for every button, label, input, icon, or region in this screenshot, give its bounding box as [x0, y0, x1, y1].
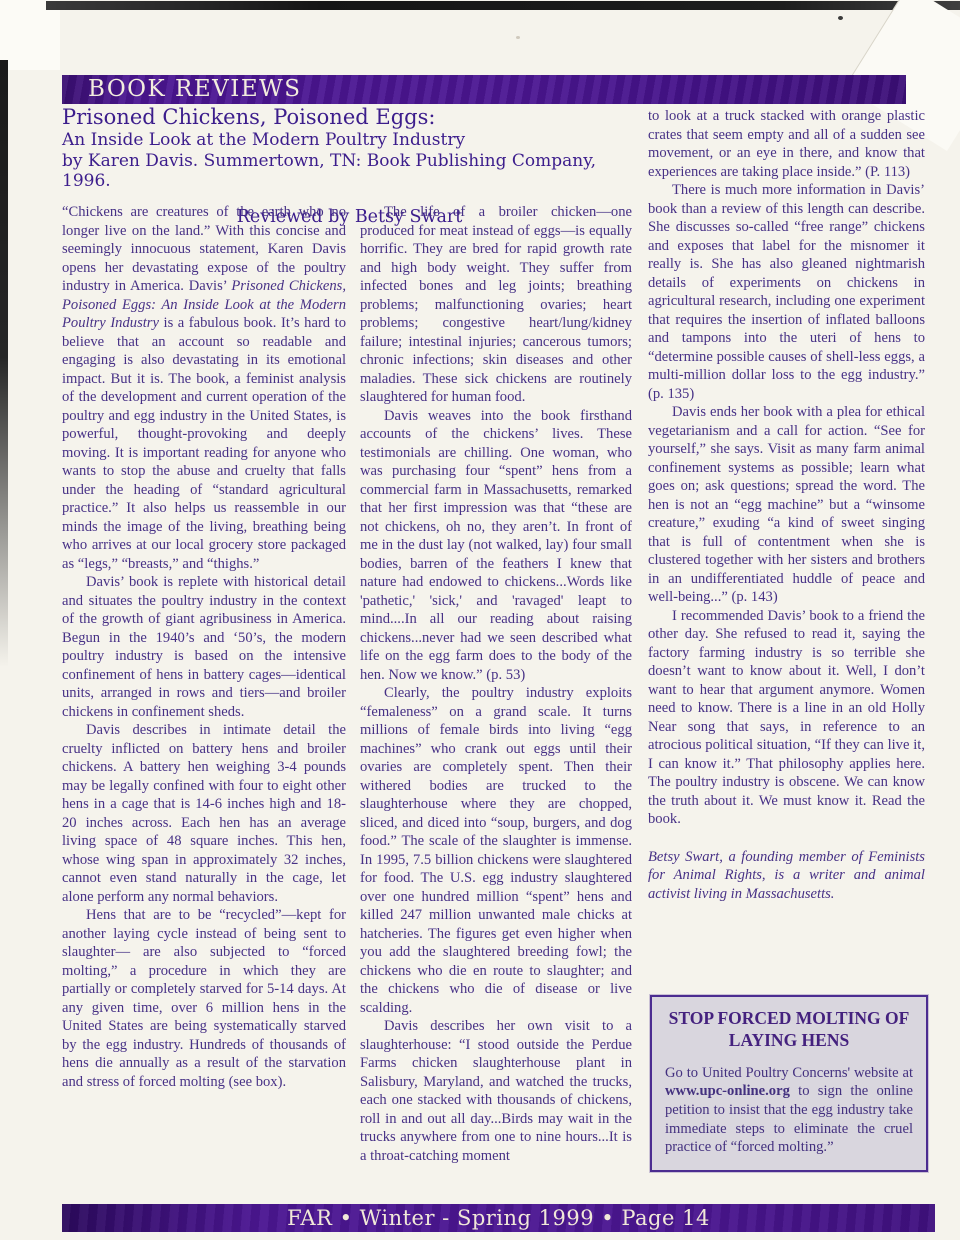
paragraph-text: Betsy Swart, a founding member of Femini… [648, 849, 925, 902]
review-paragraph: Davis describes her own visit to a slaug… [360, 1017, 632, 1165]
review-column-2: The life of a broiler chicken—one produc… [360, 203, 632, 1165]
page-footer-bar: FAR • Winter - Spring 1999 • Page 14 [62, 1204, 935, 1232]
scan-speck [516, 36, 520, 39]
review-paragraph: Davis weaves into the book firsthand acc… [360, 407, 632, 685]
paragraph-text: I recommended Davis’ book to a friend th… [648, 608, 925, 828]
review-paragraph: Davis ends her book with a plea for ethi… [648, 403, 925, 607]
banner-title: BOOK REVIEWS [62, 78, 302, 101]
book-subtitle: An Inside Look at the Modern Poultry Ind… [62, 130, 637, 150]
upc-website-url: www.upc-online.org [665, 1083, 790, 1099]
paragraph-text: There is much more information in Davis’… [648, 182, 925, 402]
paragraph-text: Clearly, the poultry industry exploits “… [360, 685, 632, 1016]
review-paragraph: I recommended Davis’ book to a friend th… [648, 607, 925, 829]
review-paragraph: Hens that are to be “recycled”—kept for … [62, 906, 346, 1091]
molting-body-pre: Go to United Poultry Concerns' website a… [665, 1065, 913, 1081]
molting-box-title: STOP FORCED MOLTING OF LAYING HENS [665, 1008, 913, 1052]
scan-edge-left [0, 60, 8, 720]
scan-corner-artifact [0, 0, 60, 70]
review-paragraph: Davis describes in intimate detail the c… [62, 721, 346, 906]
paragraph-text: Davis ends her book with a plea for ethi… [648, 404, 925, 605]
book-reviews-banner: BOOK REVIEWS [62, 75, 906, 104]
paragraph-text: Davis describes in intimate detail the c… [62, 722, 346, 905]
paragraph-text: Davis’ book is replete with historical d… [62, 574, 346, 720]
scan-speck [838, 16, 843, 20]
review-paragraph: “Chickens are creatures of the earth who… [62, 203, 346, 573]
review-column-1: “Chickens are creatures of the earth who… [62, 203, 346, 1091]
footer-issue-page-label: FAR • Winter - Spring 1999 • Page 14 [287, 1208, 710, 1229]
molting-box-body: Go to United Poultry Concerns' website a… [665, 1064, 913, 1157]
paragraph-text: The life of a broiler chicken—one produc… [360, 204, 632, 405]
scan-edge-top [46, 1, 960, 10]
scanned-page: BOOK REVIEWS Prisoned Chickens, Poisoned… [0, 0, 960, 1240]
review-paragraph: The life of a broiler chicken—one produc… [360, 203, 632, 407]
molting-title-line1: STOP FORCED MOLTING OF [669, 1008, 910, 1028]
review-paragraph: There is much more information in Davis’… [648, 181, 925, 403]
paragraph-text: Hens that are to be “recycled”—kept for … [62, 907, 346, 1090]
review-paragraph: Betsy Swart, a founding member of Femini… [648, 848, 925, 904]
paragraph-text: Davis weaves into the book firsthand acc… [360, 408, 632, 683]
paragraph-text: is a fabulous book. It’s hard to believe… [62, 315, 346, 572]
paragraph-text: Davis describes her own visit to a slaug… [360, 1018, 632, 1164]
stop-forced-molting-box: STOP FORCED MOLTING OF LAYING HENS Go to… [650, 995, 928, 1172]
molting-title-line2: LAYING HENS [729, 1030, 849, 1050]
book-title-main: Prisoned Chickens, Poisoned Eggs: [62, 106, 637, 129]
review-paragraph: to look at a truck stacked with orange p… [648, 107, 925, 181]
review-paragraph: Clearly, the poultry industry exploits “… [360, 684, 632, 1017]
review-paragraph: Davis’ book is replete with historical d… [62, 573, 346, 721]
review-column-3: to look at a truck stacked with orange p… [648, 107, 925, 903]
book-publisher-line: by Karen Davis. Summertown, TN: Book Pub… [62, 151, 637, 192]
paragraph-text: to look at a truck stacked with orange p… [648, 108, 925, 180]
